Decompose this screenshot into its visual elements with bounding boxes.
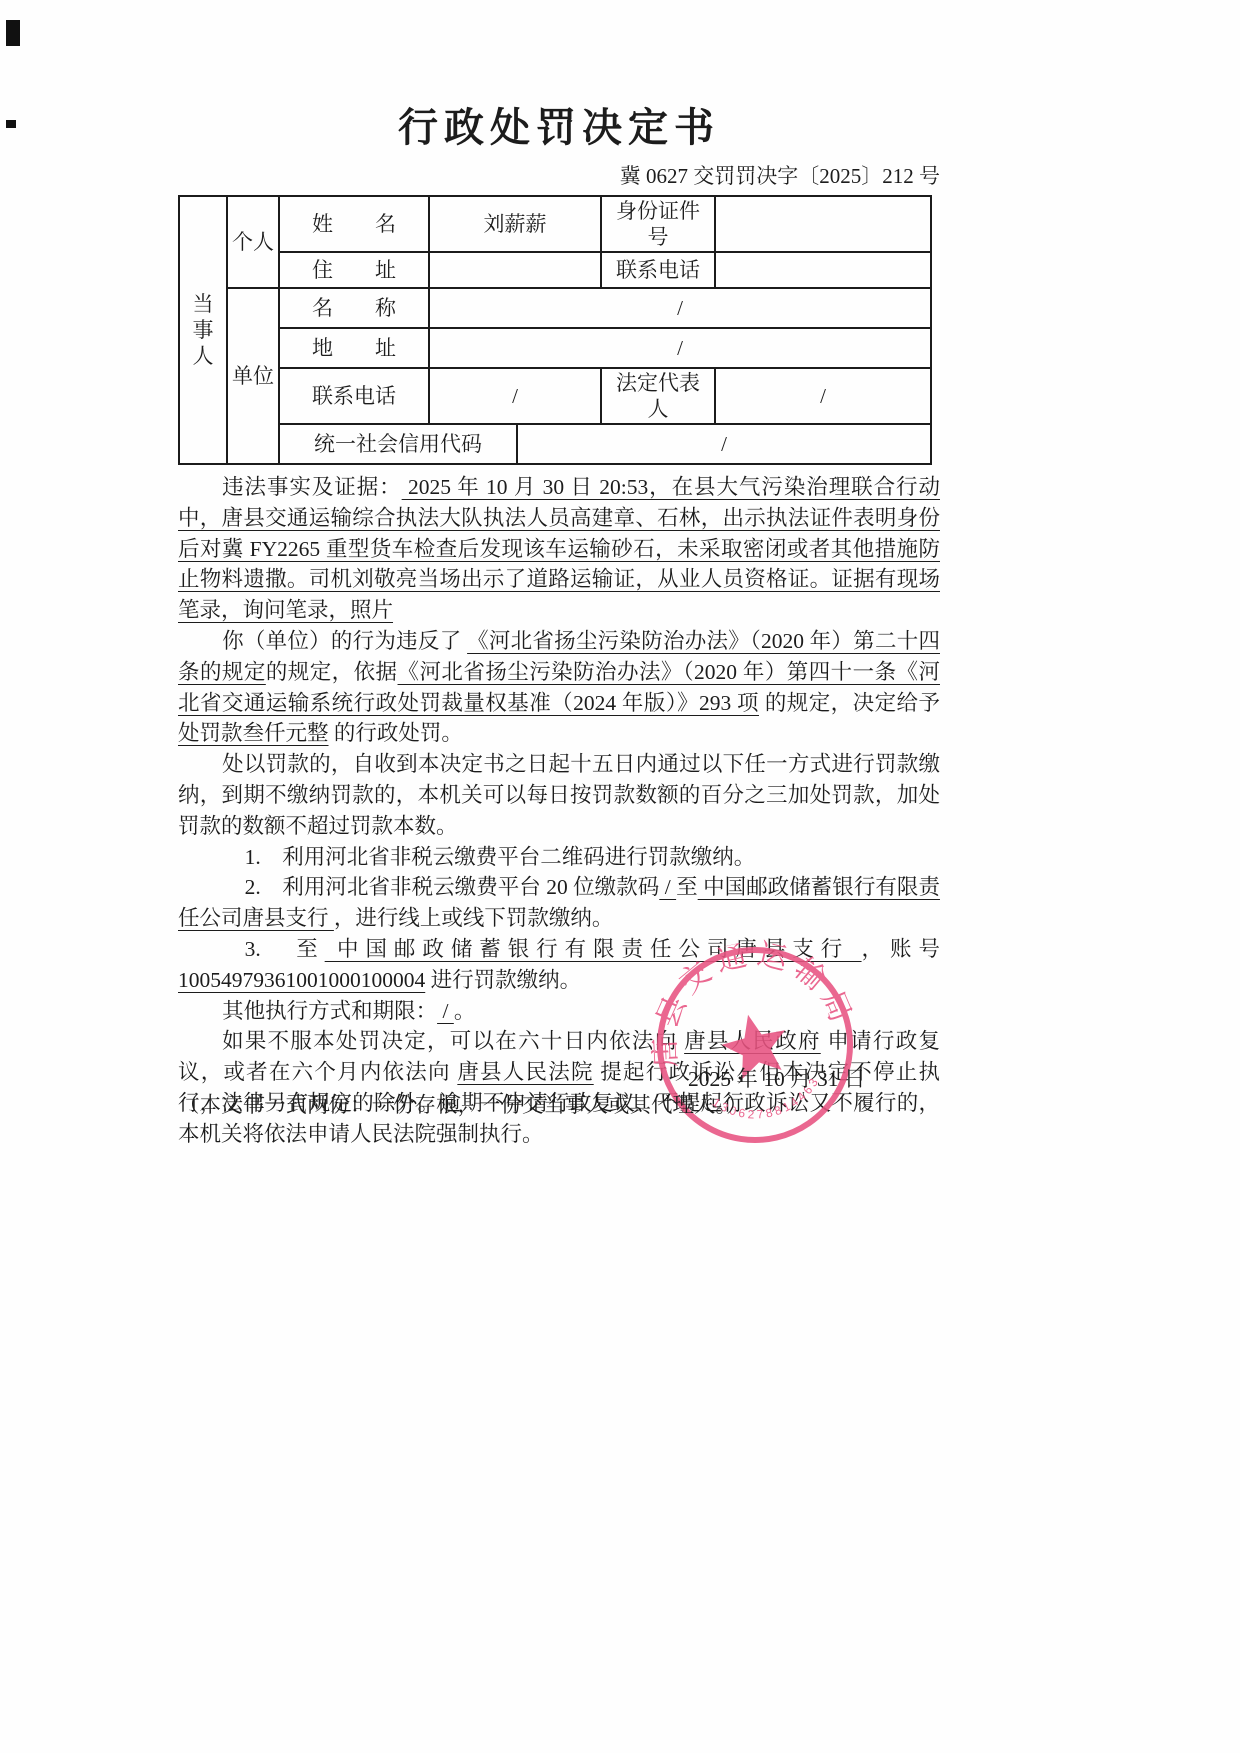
id-number-value-cell xyxy=(715,196,931,252)
decision-suffix: 的行政处罚。 xyxy=(329,721,463,745)
item2-suffix: ，进行线上或线下罚款缴纳。 xyxy=(334,906,614,930)
item2-mid: 至 xyxy=(676,875,698,899)
page-title: 行政处罚决定书 xyxy=(178,100,940,156)
unit-group-cell: 单位 xyxy=(227,288,279,464)
credit-code-value-cell: / xyxy=(517,424,931,464)
unit-address-label-cell: 地 址 xyxy=(279,328,429,368)
payment-option-3: 3. 至 中国邮政储蓄银行有限责任公司唐县支行 ，账号 100549793610… xyxy=(178,934,940,996)
party-header-cell: 当事人 xyxy=(179,196,227,464)
item3-mid: ，账号 xyxy=(862,937,940,961)
facts-paragraph: 违法事实及证据： 2025 年 10 月 30 日 20:53，在县大气污染治理… xyxy=(178,472,940,626)
other-method-paragraph: 其他执行方式和期限： / 。 xyxy=(178,996,940,1027)
document-number: 冀 0627 交罚罚决字〔2025〕212 号 xyxy=(178,162,940,190)
party-info-table: 当事人 个人 姓 名 刘薪薪 身份证件号 住 址 联系电话 单位 名 称 / 地… xyxy=(178,195,932,465)
legal-rep-label-cell: 法定代表人 xyxy=(601,368,715,424)
item3-account-filled: 10054979361001000100004 xyxy=(178,968,425,992)
item2-number: 2. xyxy=(245,875,261,899)
item2-code-filled: / xyxy=(659,875,676,899)
footer-note: （本文书一式两份：一份存根，一份交当事人或其代理人。） xyxy=(178,1088,748,1119)
id-number-label-cell: 身份证件号 xyxy=(601,196,715,252)
violation-prefix: 你（单位）的行为违反了 xyxy=(222,629,467,653)
item1-number: 1. xyxy=(245,845,261,869)
phone-label-cell: 联系电话 xyxy=(601,252,715,288)
address-label-cell: 住 址 xyxy=(279,252,429,288)
other-method-suffix: 。 xyxy=(454,999,476,1023)
violation-mid: 的规定，依据 xyxy=(266,660,398,684)
facts-label: 违法事实及证据： xyxy=(222,475,402,499)
appeal-part1: 如果不服本处罚决定，可以在六十日内依法向 xyxy=(222,1029,684,1053)
credit-code-label-cell: 统一社会信用代码 xyxy=(279,424,517,464)
address-value-cell xyxy=(429,252,601,288)
appeal-gov-filled: 唐县人民政府 xyxy=(684,1029,821,1053)
unit-name-value-cell: / xyxy=(429,288,931,328)
individual-group-cell: 个人 xyxy=(227,196,279,288)
item2-prefix: 利用河北省非税云缴费平台 20 位缴款码 xyxy=(282,875,659,899)
unit-address-value-cell: / xyxy=(429,328,931,368)
decision-mid: 的规定，决定给予 xyxy=(759,691,940,715)
other-method-filled: / xyxy=(437,999,454,1023)
phone-value-cell xyxy=(715,252,931,288)
scan-artifact xyxy=(6,120,16,128)
scan-artifact xyxy=(6,20,20,46)
appeal-court-filled: 唐县人民法院 xyxy=(457,1060,593,1084)
item1-text: 利用河北省非税云缴费平台二维码进行罚款缴纳。 xyxy=(282,845,755,869)
document-content: 行政处罚决定书 冀 0627 交罚罚决字〔2025〕212 号 当事人 个人 姓… xyxy=(178,100,940,1150)
penalty-amount-filled: 处罚款叁仟元整 xyxy=(178,721,329,745)
unit-phone-label-cell: 联系电话 xyxy=(279,368,429,424)
document-body: 违法事实及证据： 2025 年 10 月 30 日 20:53，在县大气污染治理… xyxy=(178,472,940,1150)
penalty-decision-document: 行政处罚决定书 冀 0627 交罚罚决字〔2025〕212 号 当事人 个人 姓… xyxy=(0,0,1240,1753)
legal-rep-value-cell: / xyxy=(715,368,931,424)
unit-name-label-cell: 名 称 xyxy=(279,288,429,328)
payment-intro-paragraph: 处以罚款的，自收到本决定书之日起十五日内通过以下任一方式进行罚款缴纳，到期不缴纳… xyxy=(178,749,940,841)
item3-prefix: 至 xyxy=(296,937,324,961)
item3-suffix: 进行罚款缴纳。 xyxy=(425,968,581,992)
item3-number: 3. xyxy=(245,937,261,961)
violation-paragraph: 你（单位）的行为违反了 《河北省扬尘污染防治办法》（2020 年）第二十四条的规… xyxy=(178,626,940,749)
other-method-label: 其他执行方式和期限： xyxy=(222,999,437,1023)
name-label-cell: 姓 名 xyxy=(279,196,429,252)
payment-option-1: 1. 利用河北省非税云缴费平台二维码进行罚款缴纳。 xyxy=(178,842,940,873)
unit-phone-value-cell: / xyxy=(429,368,601,424)
name-value-cell: 刘薪薪 xyxy=(429,196,601,252)
item3-bank-filled: 中国邮政储蓄银行有限责任公司唐县支行 xyxy=(325,937,862,961)
payment-option-2: 2. 利用河北省非税云缴费平台 20 位缴款码 / 至 中国邮政储蓄银行有限责任… xyxy=(178,872,940,934)
